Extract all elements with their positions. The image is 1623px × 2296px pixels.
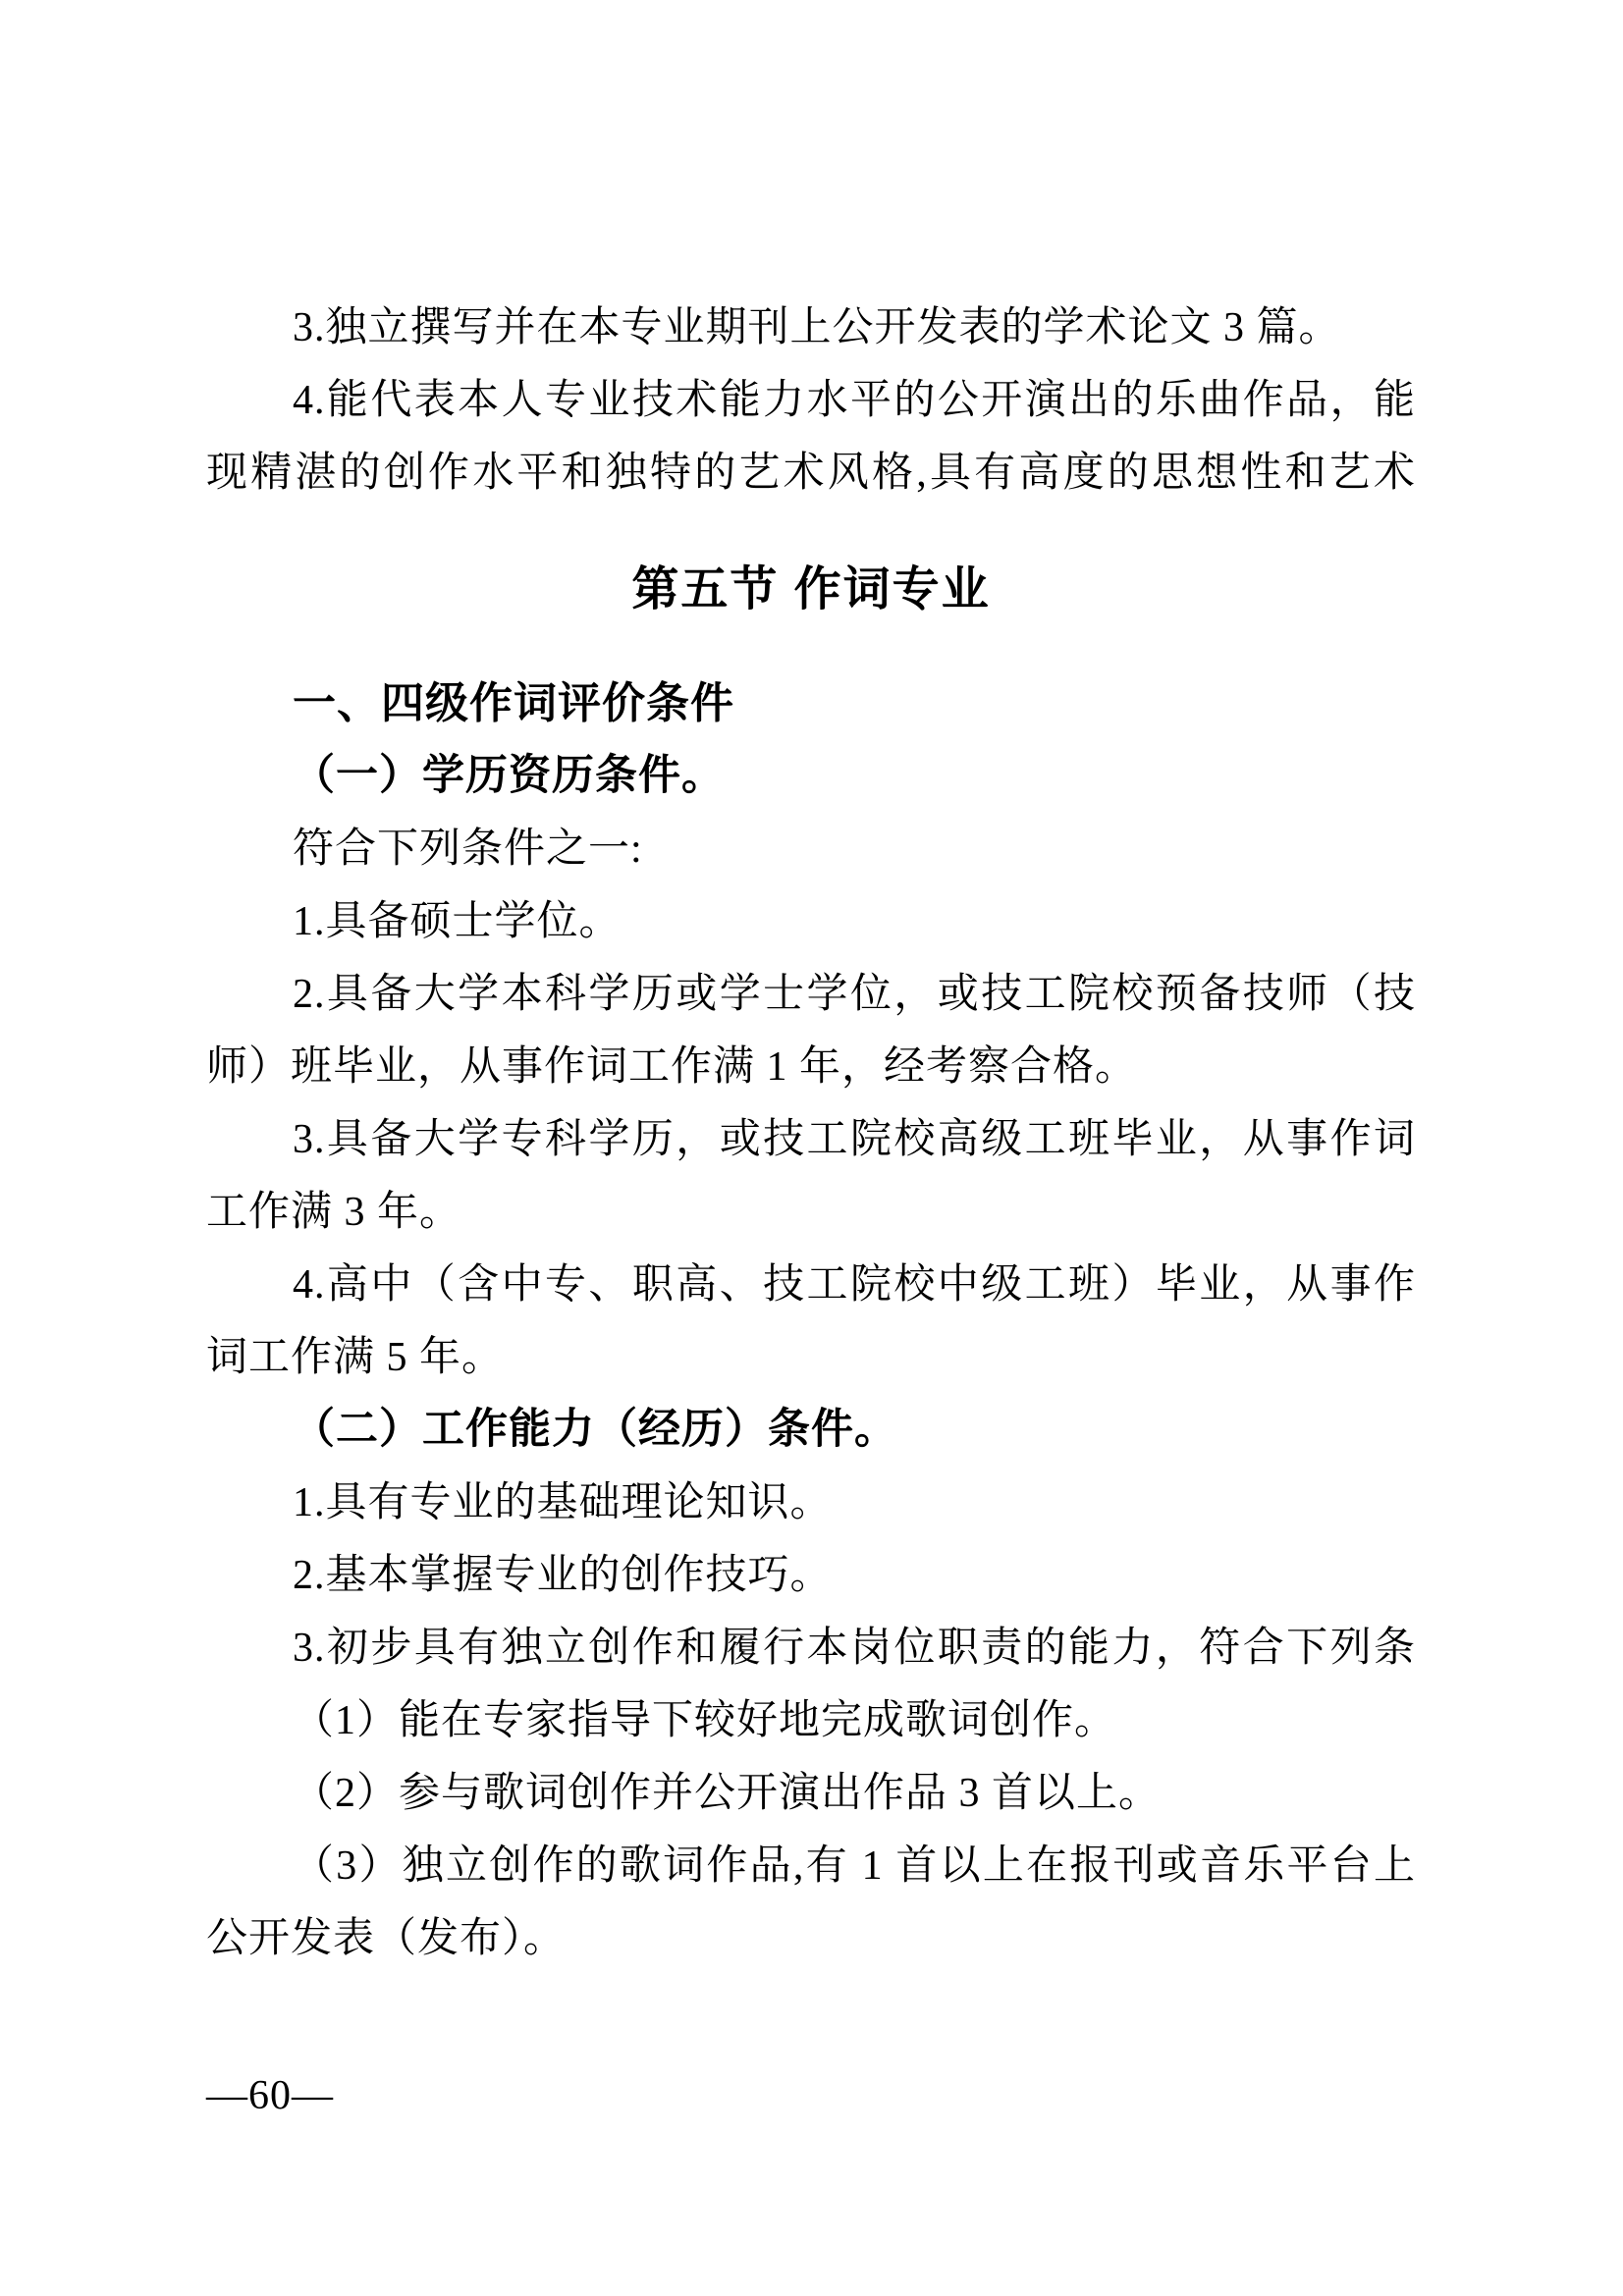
body-line: 2.基本掌握专业的创作技巧。: [206, 1539, 1416, 1612]
body-line: 4.高中（含中专、职高、技工院校中级工班）毕业，从事作: [206, 1249, 1416, 1321]
body-line: （2）参与歌词创作并公开演出作品 3 首以上。: [206, 1757, 1416, 1830]
body-line: 1.具有专业的基础理论知识。: [206, 1467, 1416, 1539]
document-page: 3.独立撰写并在本专业期刊上公开发表的学术论文 3 篇。 4.能代表本人专业技术…: [0, 0, 1623, 2296]
section-heading: 第五节 作词专业: [206, 551, 1416, 629]
body-line: 2.具备大学本科学历或学士学位，或技工院校预备技师（技: [206, 958, 1416, 1031]
body-line: 4.能代表本人专业技术能力水平的公开演出的乐曲作品，能展: [206, 364, 1416, 437]
body-line: 符合下列条件之一:: [206, 813, 1416, 885]
clause-heading-work-ability: （二）工作能力（经历）条件。: [206, 1394, 1416, 1467]
body-line: 现精湛的创作水平和独特的艺术风格,具有高度的思想性和艺术性。: [206, 437, 1416, 509]
body-line: 1.具备硕士学位。: [206, 885, 1416, 958]
body-line: 公开发表（发布）。: [206, 1902, 1416, 1975]
body-line: 3.独立撰写并在本专业期刊上公开发表的学术论文 3 篇。: [206, 292, 1416, 364]
body-line: （3）独立创作的歌词作品,有 1 首以上在报刊或音乐平台上: [206, 1830, 1416, 1902]
footer-page-number: —60—: [206, 2059, 334, 2132]
clause-heading-education: （一）学历资历条件。: [206, 740, 1416, 813]
page-body-text: 3.独立撰写并在本专业期刊上公开发表的学术论文 3 篇。 4.能代表本人专业技术…: [206, 292, 1416, 1975]
body-line: 师）班毕业，从事作词工作满 1 年，经考察合格。: [206, 1031, 1416, 1103]
subsection-heading: 一、四级作词评价条件: [206, 667, 1416, 740]
body-line: 3.具备大学专科学历，或技工院校高级工班毕业，从事作词: [206, 1103, 1416, 1176]
body-line: 工作满 3 年。: [206, 1176, 1416, 1249]
body-line: 3.初步具有独立创作和履行本岗位职责的能力，符合下列条件:: [206, 1612, 1416, 1684]
body-line: 词工作满 5 年。: [206, 1321, 1416, 1394]
body-line: （1）能在专家指导下较好地完成歌词创作。: [206, 1684, 1416, 1757]
